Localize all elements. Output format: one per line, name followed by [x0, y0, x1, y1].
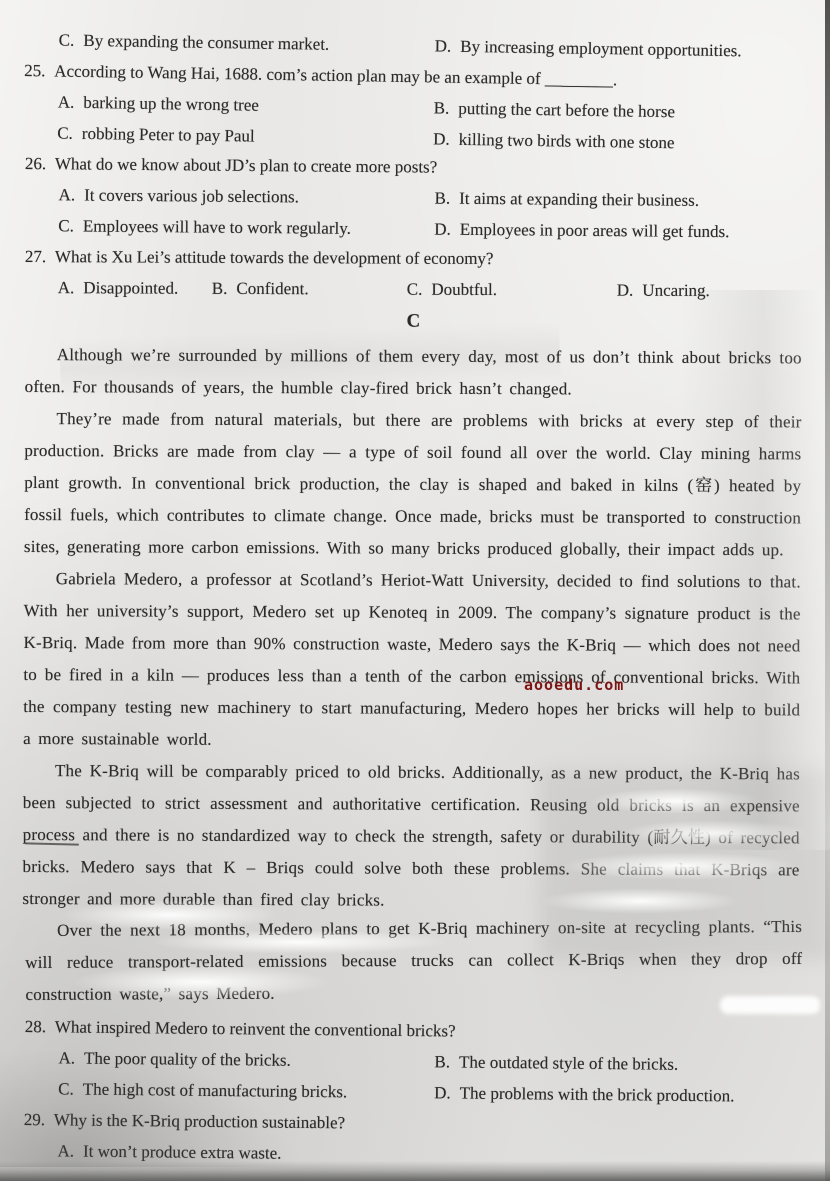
passage-paragraph-2: They’re made from natural materials, but…: [24, 403, 802, 566]
option-label: D.: [434, 220, 451, 239]
page-content: C.By expanding the consumer market. D.By…: [25, 24, 802, 1166]
option-text: The outdated style of the bricks.: [459, 1053, 678, 1074]
option-text: The poor quality of the bricks.: [84, 1049, 291, 1070]
option-text: It won’t produce extra waste.: [83, 1142, 282, 1163]
option-text: The problems with the brick production.: [460, 1084, 735, 1106]
option-label: D.: [617, 281, 634, 300]
option-text: killing two birds with one stone: [459, 130, 675, 152]
option-28d: D.The problems with the brick production…: [434, 1077, 801, 1112]
option-27d: D.Uncaring.: [617, 275, 802, 307]
passage-paragraph-1: Although we’re surrounded by millions of…: [25, 339, 802, 406]
option-28a: A.The poor quality of the bricks.: [24, 1042, 434, 1077]
option-text: It aims at expanding their business.: [459, 189, 699, 210]
scan-edge-right: [825, 0, 830, 1181]
passage-paragraph-4: The K-Briq will be comparably priced to …: [22, 755, 800, 918]
option-26c: C.Employees will have to work regularly.: [24, 210, 434, 245]
option-text: Employees will have to work regularly.: [83, 217, 351, 238]
option-27a: A.Disappointed.: [25, 272, 212, 304]
option-label: B.: [212, 279, 228, 298]
option-28c: C.The high cost of manufacturing bricks.: [24, 1073, 434, 1108]
option-label: D.: [433, 129, 450, 148]
option-label: B.: [434, 1052, 450, 1071]
option-label: B.: [434, 98, 450, 117]
question-block-26: 26.What do we know about JD’s plan to cr…: [24, 148, 802, 248]
option-label: D.: [435, 36, 452, 55]
question-number: 25.: [24, 55, 54, 86]
option-text: The high cost of manufacturing bricks.: [83, 1080, 348, 1102]
passage-paragraph-5-block: Over the next 18 months, Medero plans to…: [25, 911, 802, 1011]
option-text: barking up the wrong tree: [83, 93, 259, 115]
option-label: C.: [57, 124, 73, 143]
option-row: A.Disappointed. B.Confident. C.Doubtful.…: [25, 272, 802, 306]
option-text: By expanding the consumer market.: [83, 31, 329, 54]
option-text: robbing Peter to pay Paul: [82, 124, 255, 146]
option-label: A.: [57, 1141, 74, 1160]
option-28b: B.The outdated style of the bricks.: [434, 1046, 801, 1081]
option-26b: B.It aims at expanding their business.: [434, 183, 801, 217]
scanned-exam-page: { "watermark": "aooedu.com", "colors": {…: [0, 0, 830, 1181]
option-26a: A.It covers various job selections.: [24, 179, 434, 214]
passage-paragraph-5: Over the next 18 months, Medero plans to…: [25, 911, 802, 1011]
option-27b: B.Confident.: [212, 273, 407, 305]
question-block-28-29: 28.What inspired Medero to reinvent the …: [23, 1011, 802, 1174]
option-label: B.: [434, 189, 450, 208]
option-label: D.: [434, 1083, 451, 1102]
option-label: A.: [58, 1048, 75, 1067]
question-text: What inspired Medero to reinvent the con…: [55, 1017, 456, 1040]
passage-paragraph-3: Gabriela Medero, a professor at Scotland…: [23, 563, 801, 758]
option-label: A.: [59, 185, 76, 204]
question-text: Why is the K-Briq production sustainable…: [54, 1110, 345, 1132]
option-text: Disappointed.: [83, 278, 178, 297]
question-text: According to Wang Hai, 1688. com’s actio…: [54, 61, 617, 89]
question-27-stem: 27.What is Xu Lei’s attitude towards the…: [25, 241, 802, 275]
question-number: 28.: [25, 1011, 55, 1042]
option-text: By increasing employment opportunities.: [460, 37, 742, 60]
option-text: Doubtful.: [431, 280, 497, 299]
option-label: C.: [58, 216, 74, 235]
option-label: A.: [58, 93, 75, 112]
question-block-24-25: C.By expanding the consumer market. D.By…: [23, 24, 802, 160]
option-text: Confident.: [236, 279, 308, 298]
option-text: putting the cart before the horse: [458, 99, 675, 121]
option-text: It covers various job selections.: [84, 186, 299, 207]
option-text: Uncaring.: [642, 281, 710, 300]
question-text: What do we know about JD’s plan to creat…: [55, 154, 438, 176]
option-label: A.: [58, 278, 75, 297]
option-label: C.: [58, 1079, 74, 1098]
option-29a: A.It won’t produce extra waste.: [23, 1135, 433, 1170]
option-label: C.: [59, 31, 75, 50]
question-block-27: 27.What is Xu Lei’s attitude towards the…: [25, 241, 802, 306]
site-watermark: aooedu.com: [524, 676, 624, 694]
option-label: C.: [407, 280, 423, 299]
question-text: What is Xu Lei’s attitude towards the de…: [55, 247, 494, 268]
question-number: 29.: [24, 1104, 54, 1135]
option-27c: C.Doubtful.: [407, 274, 617, 306]
section-heading: C: [25, 306, 802, 337]
passage-section-c: C Although we’re surrounded by millions …: [22, 306, 802, 918]
option-text: Employees in poor areas will get funds.: [460, 220, 730, 241]
question-number: 26.: [25, 148, 55, 179]
question-number: 27.: [25, 241, 55, 272]
